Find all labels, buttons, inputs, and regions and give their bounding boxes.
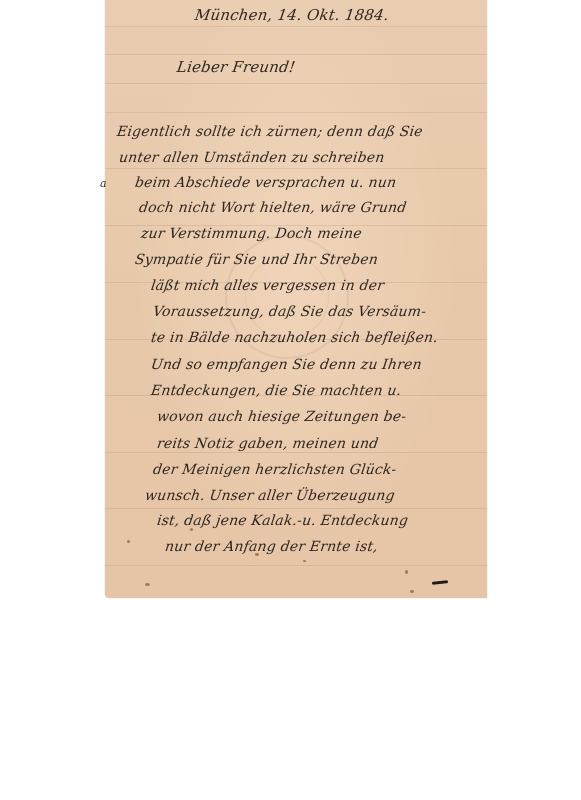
ruled-line [105, 508, 487, 509]
ruled-line [105, 83, 487, 84]
letter-salutation: Lieber Freund! [176, 58, 297, 76]
ruled-line [105, 54, 487, 55]
foxing-spot [410, 590, 414, 593]
letter-line: wunsch. Unser aller Überzeugung [144, 488, 396, 504]
letter-line: läßt mich alles vergessen in der [150, 278, 385, 294]
ruled-line [105, 452, 487, 453]
letter-line: ist, daß jene Kalak.-u. Entdeckung [156, 513, 409, 529]
ink-mark [432, 580, 448, 585]
ruled-line [105, 565, 487, 566]
letter-line: Entdeckungen, die Sie machten u. [150, 383, 403, 399]
letter-line: der Meinigen herzlichsten Glück- [152, 462, 398, 478]
letter-line: Eigentlich sollte ich zürnen; denn daß S… [116, 124, 424, 140]
letter-line: wovon auch hiesige Zeitungen be- [156, 409, 408, 425]
ruled-line [105, 112, 487, 113]
letter-date: München, 14. Okt. 1884. [194, 6, 390, 24]
foxing-spot [127, 540, 130, 543]
margin-note: a [100, 177, 107, 190]
letter-line: Voraussetzung, daß Sie das Versäum- [152, 304, 427, 320]
letter-line: Sympatie für Sie und Ihr Streben [134, 252, 379, 268]
foxing-spot [190, 528, 193, 531]
foxing-spot [405, 570, 408, 574]
letter-line: doch nicht Wort hielten, wäre Grund [138, 200, 408, 216]
foxing-spot [145, 583, 150, 586]
foxing-spot [303, 560, 306, 562]
letter-line: unter allen Umständen zu schreiben [118, 150, 386, 166]
ruled-line [105, 168, 487, 169]
letter-line: beim Abschiede versprachen u. nun [134, 175, 398, 191]
foxing-spot [255, 553, 259, 556]
letter-line: te in Bälde nachzuholen sich befleißen. [150, 330, 439, 346]
letter-line: zur Verstimmung. Doch meine [140, 226, 363, 242]
letter-line: nur der Anfang der Ernte ist, [164, 539, 379, 555]
letter-page: München, 14. Okt. 1884. Lieber Freund! a… [105, 0, 487, 598]
ruled-line [105, 26, 487, 27]
letter-line: Und so empfangen Sie denn zu Ihren [150, 357, 423, 373]
letter-line: reits Notiz gaben, meinen und [156, 436, 380, 452]
